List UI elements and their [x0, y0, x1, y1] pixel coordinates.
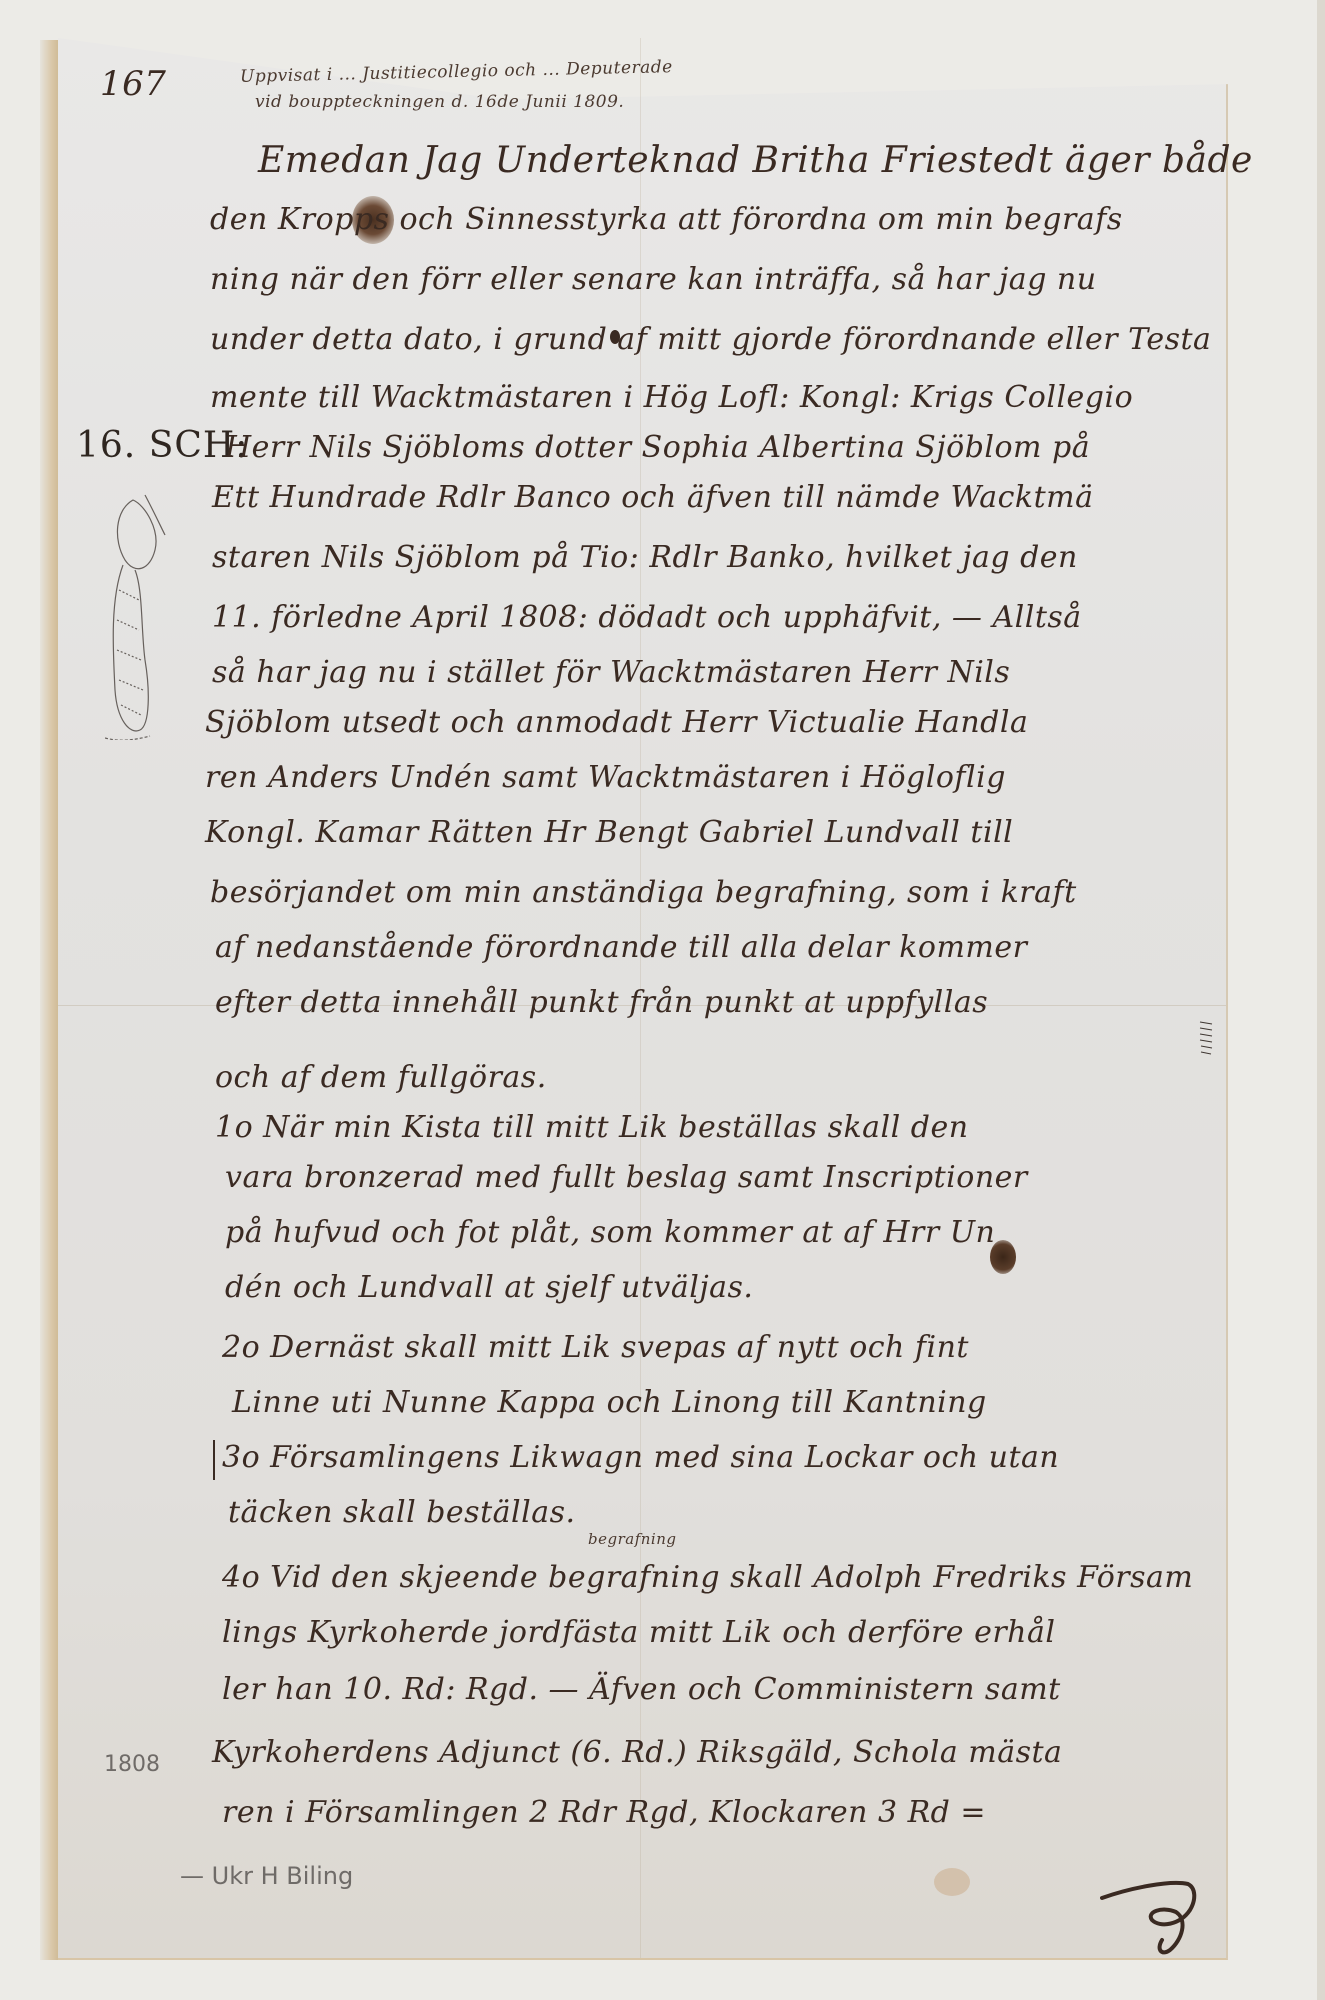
body-line: under detta dato, i grund af mitt gjorde…: [210, 322, 1211, 357]
header-note-line-2: vid bouppteckningen d. 16de Junii 1809.: [255, 92, 624, 112]
body-line: ler han 10. Rd: Rgd. — Äfven och Commini…: [222, 1672, 1061, 1707]
body-line: efter detta innehåll punkt från punkt at…: [215, 985, 988, 1020]
body-line: Kongl. Kamar Rätten Hr Bengt Gabriel Lun…: [205, 815, 1013, 850]
foxing-spot: [934, 1868, 970, 1896]
body-line: Herr Nils Sjöbloms dotter Sophia Alberti…: [225, 430, 1090, 465]
body-line: 2o Dernäst skall mitt Lik svepas af nytt…: [222, 1330, 969, 1365]
body-line: ren i Församlingen 2 Rdr Rgd, Klockaren …: [222, 1795, 986, 1830]
body-line: Kyrkoherdens Adjunct (6. Rd.) Riksgäld, …: [212, 1735, 1062, 1770]
body-line: staren Nils Sjöblom på Tio: Rdlr Banko, …: [212, 540, 1078, 575]
body-line: besörjandet om min anständiga begrafning…: [210, 875, 1077, 910]
body-line: ren Anders Undén samt Wacktmästaren i Hö…: [205, 760, 1006, 795]
mount-edge-left: [40, 40, 60, 1960]
body-line: täcken skall beställas.: [228, 1495, 576, 1530]
pencil-signature-note: — Ukr H Biling: [180, 1862, 353, 1890]
body-line: lings Kyrkoherde jordfästa mitt Lik och …: [222, 1615, 1055, 1650]
body-line: och af dem fullgöras.: [215, 1060, 547, 1095]
mount-edge-right: [1317, 0, 1325, 2000]
body-line: dén och Lundvall at sjelf utväljas.: [225, 1270, 753, 1305]
archive-stamp: 16. SCH:: [76, 425, 248, 466]
body-line: 1o När min Kista till mitt Lik beställas…: [215, 1110, 969, 1145]
folio-number: 167: [100, 64, 166, 104]
body-line: Ett Hundrade Rdlr Banco och äfven till n…: [212, 480, 1093, 515]
margin-bracket: [213, 1440, 215, 1480]
body-line: 11. förledne April 1808: dödadt och upph…: [212, 600, 1082, 635]
body-line: Emedan Jag Underteknad Britha Friestedt …: [258, 140, 1253, 181]
body-line: 3o Församlingens Likwagn med sina Lockar…: [222, 1440, 1059, 1475]
body-line: Linne uti Nunne Kappa och Linong till Ka…: [232, 1385, 987, 1420]
pencil-year: 1808: [104, 1752, 160, 1777]
seal-impression-icon: [105, 490, 173, 740]
body-line: af nedanstående förordnande till alla de…: [215, 930, 1027, 965]
body-line: mente till Wacktmästaren i Hög Lofl: Kon…: [210, 380, 1133, 415]
body-line: så har jag nu i stället för Wacktmästare…: [212, 655, 1010, 690]
body-line: vara bronzerad med fullt beslag samt Ins…: [225, 1160, 1028, 1195]
body-line: ning när den förr eller senare kan inträ…: [210, 262, 1097, 297]
margin-hatch-mark: [1198, 1018, 1218, 1078]
closing-flourish-icon: [1100, 1870, 1200, 1960]
interlinear-insert: begrafning: [588, 1530, 676, 1548]
body-line: Sjöblom utsedt och anmodadt Herr Victual…: [205, 705, 1028, 740]
body-line: den Kropps och Sinnesstyrka att förordna…: [210, 202, 1123, 237]
body-line: på hufvud och fot plåt, som kommer at af…: [225, 1215, 995, 1250]
header-note-line-1: Uppvisat i ... Justitiecollegio och ... …: [240, 57, 673, 87]
body-line: 4o Vid den skjeende begrafning skall Ado…: [222, 1560, 1193, 1595]
